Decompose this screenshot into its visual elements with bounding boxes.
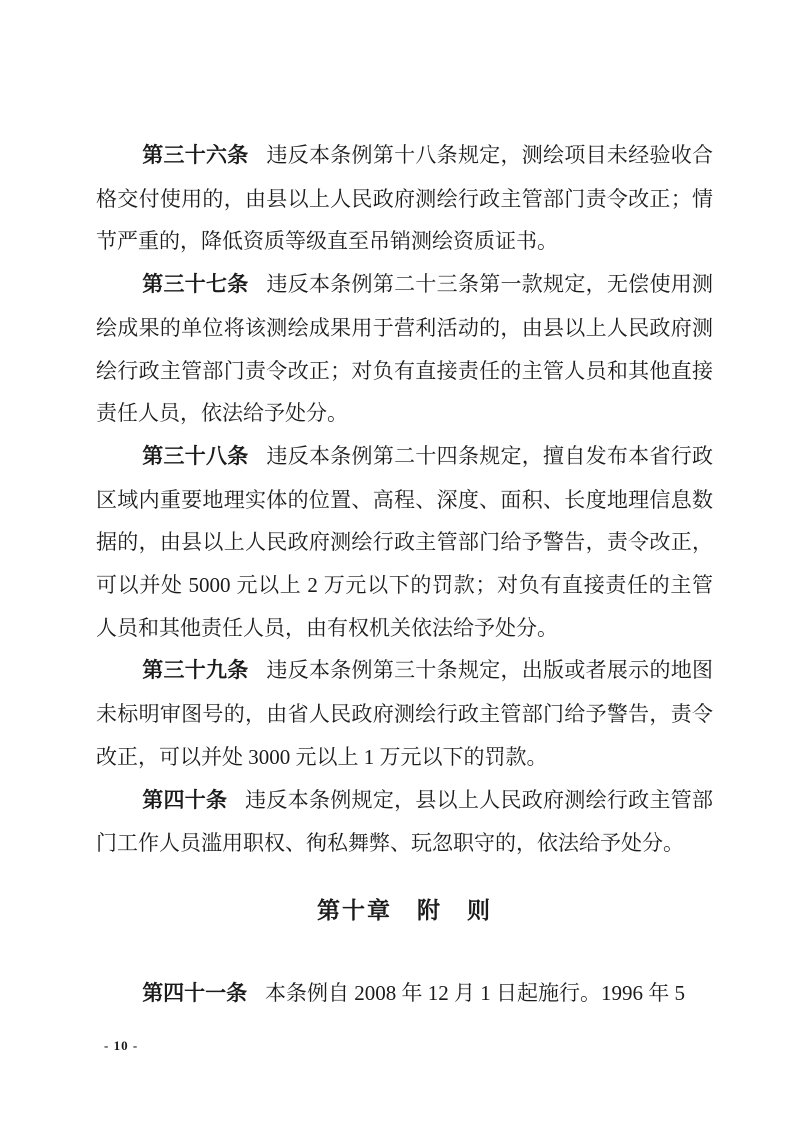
article-number: 第三十六条 xyxy=(142,144,248,167)
article-paragraph-40: 第四十条违反本条例规定，县以上人民政府测绘行政主管部门工作人员滥用职权、徇私舞弊… xyxy=(96,779,713,865)
article-paragraph-39: 第三十九条违反本条例第三十条规定，出版或者展示的地图未标明审图号的，由省人民政府… xyxy=(96,649,713,778)
article-paragraph-38: 第三十八条违反本条例第二十四条规定，擅自发布本省行政区域内重要地理实体的位置、高… xyxy=(96,435,713,650)
article-number: 第四十条 xyxy=(142,789,227,812)
article-paragraph-36: 第三十六条违反本条例第十八条规定，测绘项目未经验收合格交付使用的，由县以上人民政… xyxy=(96,134,713,263)
page-number: - 10 - xyxy=(104,1038,138,1054)
article-number: 第三十九条 xyxy=(142,659,248,682)
document-body: 第三十六条违反本条例第十八条规定，测绘项目未经验收合格交付使用的，由县以上人民政… xyxy=(96,134,713,1015)
article-paragraph-37: 第三十七条违反本条例第二十三条第一款规定，无偿使用测绘成果的单位将该测绘成果用于… xyxy=(96,263,713,435)
article-text: 违反本条例第二十四条规定，擅自发布本省行政区域内重要地理实体的位置、高程、深度、… xyxy=(96,444,713,640)
document-page: 第三十六条违反本条例第十八条规定，测绘项目未经验收合格交付使用的，由县以上人民政… xyxy=(0,0,793,1122)
article-text: 本条例自 2008 年 12 月 1 日起施行。1996 年 5 xyxy=(265,981,685,1005)
article-paragraph-41: 第四十一条本条例自 2008 年 12 月 1 日起施行。1996 年 5 xyxy=(96,972,713,1016)
article-number: 第三十八条 xyxy=(142,445,248,468)
chapter-heading: 第十章 附 则 xyxy=(96,889,713,932)
article-number: 第三十七条 xyxy=(142,273,248,296)
article-number: 第四十一条 xyxy=(142,982,247,1005)
